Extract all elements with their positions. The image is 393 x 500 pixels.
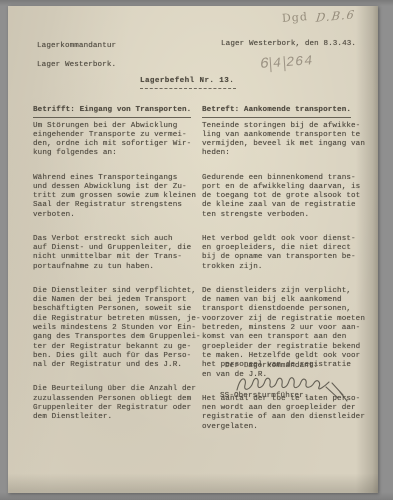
pencil-annotation-dgd: Dgd [282, 12, 308, 23]
dateline: Lager Westerbork, den 8.3.43. [221, 40, 356, 49]
document-title: Lagerbefehl Nr. 13. [140, 77, 236, 89]
paragraph: Um Störungen bei der Abwicklung eingehen… [33, 122, 205, 159]
paragraph: Het verbod geldt ook voor dienst- en gro… [202, 235, 368, 272]
pencil-file-number-right: 264 [286, 54, 314, 71]
document-paper: Dgd D.B.6 Lagerkommandantur Lager Wester… [8, 6, 378, 493]
paragraph: Gedurende een binnenkomend trans- port e… [202, 174, 368, 220]
letterhead-line2: Lager Westerbork. [37, 61, 116, 70]
pencil-annotation-db6: D.B.6 [315, 10, 355, 23]
signature-rank: SS-Obersturmführer. [220, 392, 308, 401]
paragraph: Während eines Transporteingangs und dess… [33, 174, 205, 220]
letterhead: Lagerkommandantur Lager Westerbork. [37, 33, 116, 79]
letterhead-line1: Lagerkommandantur [37, 42, 116, 51]
paragraph: Teneinde storingen bij de afwikke- ling … [202, 122, 368, 159]
paragraph: Das Verbot erstreckt sich auch auf Diens… [33, 235, 205, 272]
pencil-file-number-boxed: 4 [270, 56, 286, 72]
pencil-file-number: 64264 [260, 56, 314, 70]
paragraph: Die Beurteilung über die Anzahl der zuzu… [33, 385, 205, 422]
column-german-heading: Betrifft: Eingang von Transporten. [33, 106, 191, 117]
paragraph: Die Dienstleiter sind verpflichtet, die … [33, 287, 205, 371]
column-dutch-heading: Betreft: Aankomende transporten. [202, 106, 351, 117]
column-german: Betrifft: Eingang von Transporten. Um St… [33, 97, 205, 437]
